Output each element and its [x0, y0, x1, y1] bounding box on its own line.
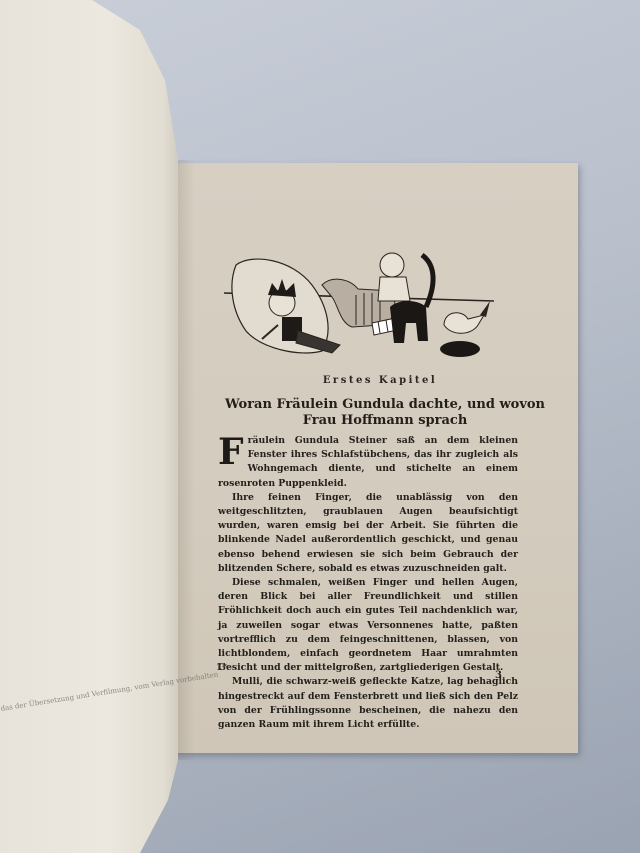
paragraph-4: Mulli, die schwarz-weiß gefleckte Katze,…: [218, 675, 518, 732]
signature-mark: 1*: [216, 663, 227, 673]
chapter-body: Fräulein Gundula Steiner saß an dem klei…: [218, 434, 518, 732]
paragraph-3: Diese schmalen, weißen Finger und hellen…: [218, 576, 518, 675]
left-page: [0, 0, 178, 853]
paragraph-1: Fräulein Gundula Steiner saß an dem klei…: [218, 434, 518, 491]
paragraph-2: Ihre feinen Finger, die unablässig von d…: [218, 491, 518, 576]
page-number: 3: [495, 670, 502, 681]
drop-cap: F: [218, 436, 244, 468]
chapter-label: Erstes Kapitel: [200, 375, 560, 386]
chapter-illustration: [222, 245, 500, 367]
chapter-title: Woran Fräulein Gundula dachte, und wovon…: [210, 397, 560, 429]
